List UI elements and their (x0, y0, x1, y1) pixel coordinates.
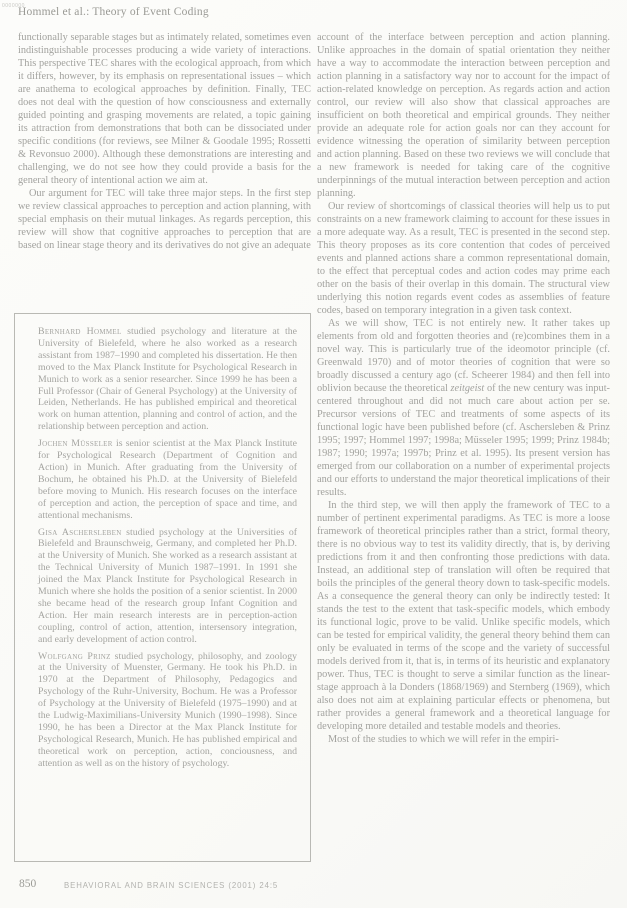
author-bio-text: studied psychology at the Universities o… (38, 527, 297, 645)
author-bio-text: studied psychology and literature at the… (38, 326, 297, 432)
author-name: Jochen Müsseler (38, 438, 113, 449)
paragraph-text: of the new century was input-centered th… (317, 383, 610, 498)
paper-page: 0000000 Hommel et al.: Theory of Event C… (0, 0, 627, 908)
page-number: 850 (19, 878, 36, 890)
body-paragraph: functionally separable stages but as int… (18, 31, 311, 187)
author-name: Wolfgang Prinz (38, 651, 111, 662)
author-name: Bernhard Hommel (38, 326, 122, 337)
running-head: Hommel et al.: Theory of Event Coding (18, 6, 209, 18)
left-column: functionally separable stages but as int… (18, 31, 311, 252)
author-bio-text: studied psychology, philosophy, and zool… (38, 651, 297, 769)
body-paragraph: Most of the studies to which we will ref… (317, 733, 610, 746)
journal-title-line: BEHAVIORAL AND BRAIN SCIENCES (2001) 24:… (64, 881, 278, 890)
author-name: Gisa Aschersleben (38, 527, 122, 538)
body-paragraph: Our review of shortcomings of classical … (317, 200, 610, 317)
author-bio: Jochen Müsseler is senior scientist at t… (38, 438, 297, 521)
body-paragraph: As we will show, TEC is not entirely new… (317, 317, 610, 499)
right-column: account of the interface between percept… (317, 31, 610, 871)
italic-term: zeitgeist (451, 383, 485, 394)
body-paragraph: Our argument for TEC will take three maj… (18, 187, 311, 252)
author-bio: Gisa Aschersleben studied psychology at … (38, 527, 297, 646)
body-paragraph: account of the interface between percept… (317, 31, 610, 200)
author-bio: Bernhard Hommel studied psychology and l… (38, 326, 297, 433)
author-bios-box: Bernhard Hommel studied psychology and l… (14, 313, 311, 862)
page-footer: 850 BEHAVIORAL AND BRAIN SCIENCES (2001)… (0, 878, 627, 898)
body-paragraph: In the third step, we will then apply th… (317, 499, 610, 733)
author-bio-text: is senior scientist at the Max Planck In… (38, 438, 297, 520)
author-bio: Wolfgang Prinz studied psychology, philo… (38, 651, 297, 770)
